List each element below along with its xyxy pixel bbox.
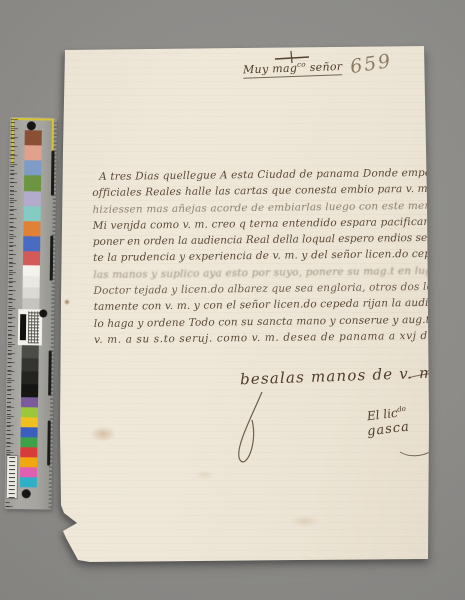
signature-superscript: do [397, 405, 407, 414]
manuscript-paper: Muy magco señor 659 A tres Dias quellegu… [0, 0, 465, 600]
closing-formula: besalas manos de v. m [240, 364, 435, 389]
manuscript-paper-wrap: Muy magco señor 659 A tres Dias quellegu… [0, 0, 465, 600]
faint-stain [196, 470, 214, 480]
ink-stain [90, 426, 116, 442]
salutation: Muy magco señor [243, 59, 343, 78]
ink-speck [64, 299, 70, 305]
signature-block: El licdo gasca [364, 402, 410, 440]
faint-stain [290, 515, 320, 527]
folio-number: 659 [349, 50, 394, 78]
salutation-superscript: co [297, 61, 306, 69]
archival-photo-page: { "scene": { "background_color": "#8d8c8… [0, 0, 465, 600]
salutation-word: señor [306, 60, 343, 74]
letter-body: A tres Dias quellegue A esta Ciudad de p… [92, 165, 440, 348]
letter-line: v. m. a su s.to seruj. como v. m. desea … [94, 328, 440, 349]
salutation-text: Muy mag [243, 62, 298, 77]
